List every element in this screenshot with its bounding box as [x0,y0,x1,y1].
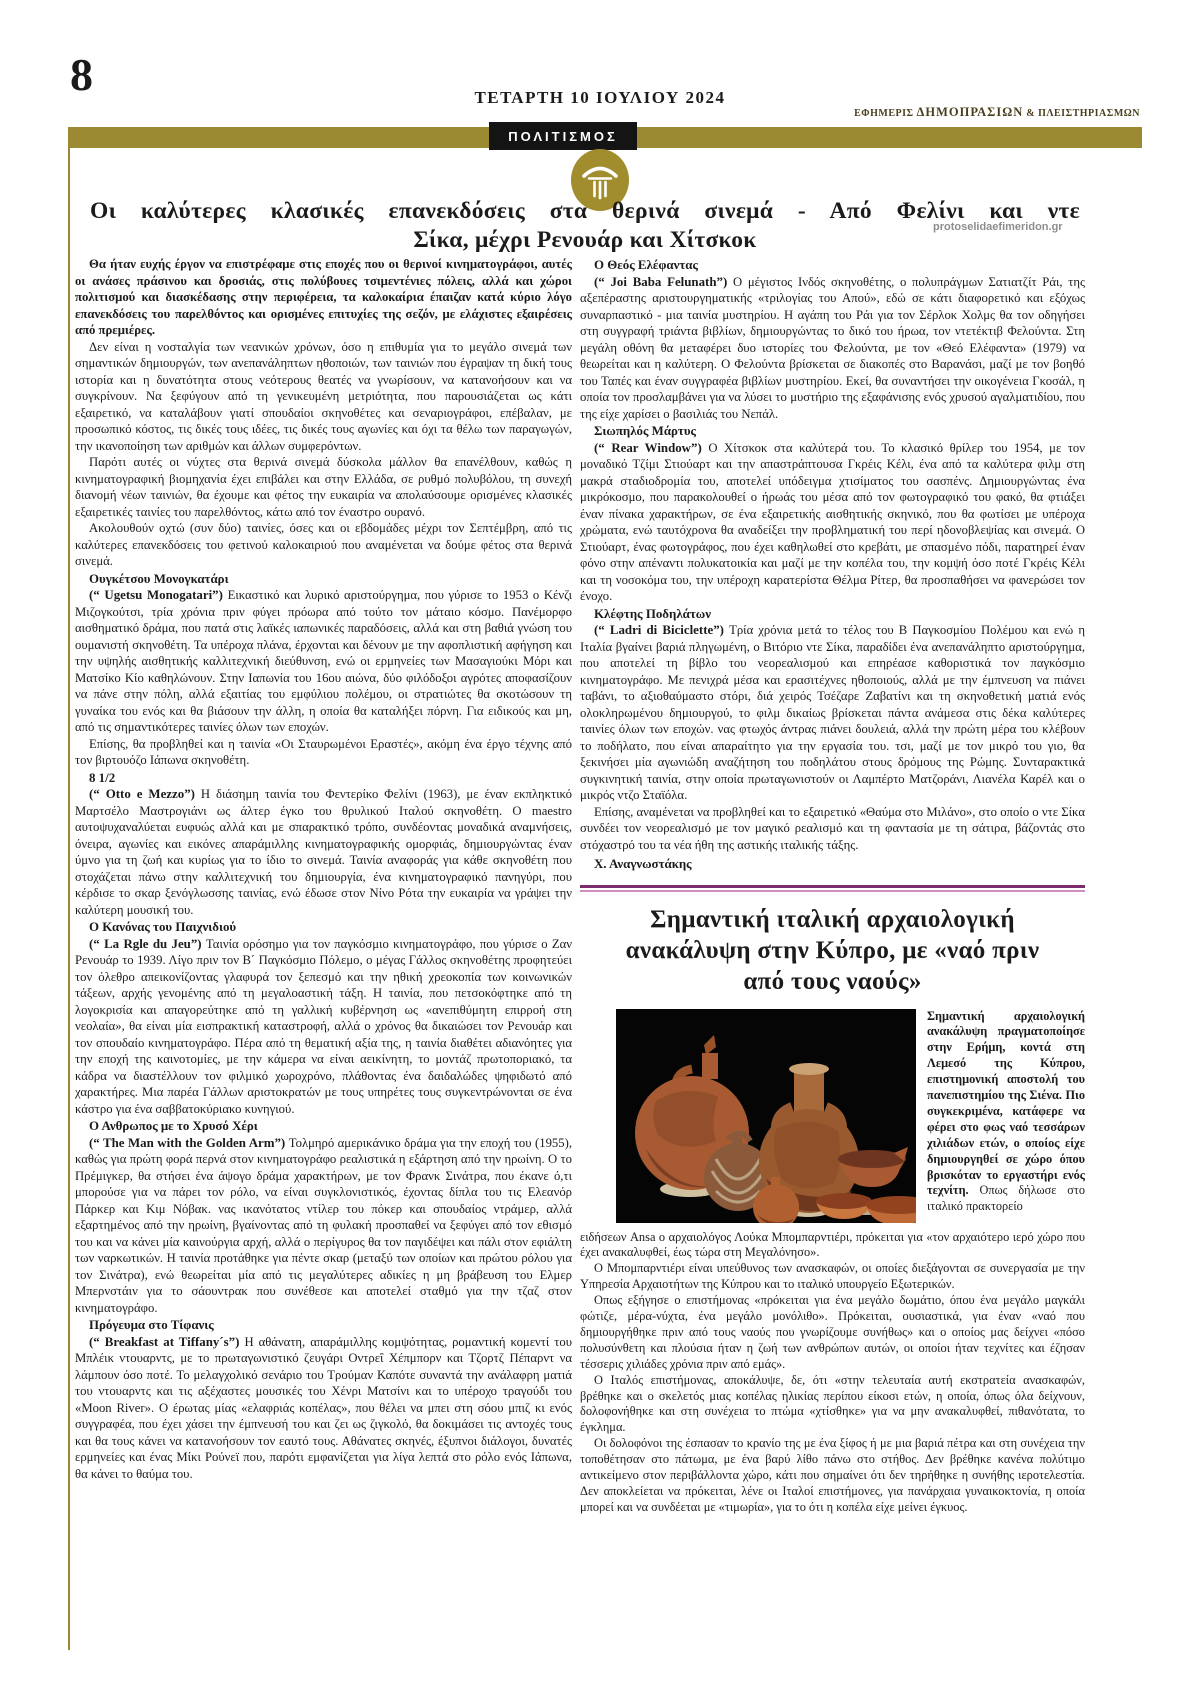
masthead-prefix: ΕΦΗΜΕΡΙΣ [854,108,913,119]
paragraph: Θα ήταν ευχής έργον να επιστρέφαμε στις … [75,256,572,339]
film-subhead: Ο Θεός Ελέφαντας [580,257,1085,274]
film-subhead: Πρόγευμα στο Τίφανις [75,1317,572,1334]
section-label: ΠΟΛΙΤΙΣΜΟΣ [489,122,637,150]
film-subhead: Ουγκέτσου Μονογκατάρι [75,571,572,588]
paragraph: Δεν είναι η νοσταλγία των νεανικών χρόνω… [75,339,572,455]
pottery-illustration [616,1009,916,1223]
paragraph: Ακολουθούν οχτώ (συν δύο) ταινίες, όσες … [75,520,572,570]
article1-right-column: Ο Θεός Ελέφαντας(“ Joi Baba Felunath”) Ο… [580,257,1085,873]
article1-title: Οι καλύτερες κλασικές επανεκδόσεις στα θ… [90,197,1080,255]
sidebar-bold-text: Σημαντική αρχαιολογική ανακάλυψη πραγματ… [927,1009,1085,1198]
article2-sidebar-text: Σημαντική αρχαιολογική ανακάλυψη πραγματ… [927,1009,1085,1223]
article-photo [616,1009,916,1223]
film-paragraph: (“ The Man with the Golden Arm”) Τολμηρό… [75,1135,572,1317]
film-paragraph: (“ La Rgle du Jeu”) Ταινία ορόσημο για τ… [75,936,572,1118]
article-columns: Θα ήταν ευχής έργον να επιστρέφαμε στις … [75,256,1085,1516]
paragraph: Επίσης, θα προβληθεί και η ταινία «Οι Στ… [75,736,572,769]
film-subhead: Ο Κανόνας του Παιχνιδιού [75,919,572,936]
masthead: ΕΦΗΜΕΡΙΣ ΔΗΜΟΠΡΑΣΙΩΝ & ΠΛΕΙΣΤΗΡΙΑΣΜΩΝ [854,105,1140,120]
article1-title-line2: Σίκα, μέχρι Ρενουάρ και Χίτσκοκ [90,226,1080,255]
article2-title-line3: από τους ναούς» [580,966,1085,997]
film-paragraph: (“ Otto e Mezzo”) Η διάσημη ταινία του Φ… [75,786,572,918]
film-subhead: Ο Ανθρωπος με το Χρυσό Χέρι [75,1118,572,1135]
film-paragraph: (“ Ugetsu Monogatari”) Εικαστικό και λυρ… [75,587,572,736]
masthead-suffix: & ΠΛΕΙΣΤΗΡΙΑΣΜΩΝ [1026,108,1140,119]
film-paragraph: (“ Breakfast at Tiffany´s”) Η αθάνατη, α… [75,1334,572,1483]
film-paragraph: (“ Joi Baba Felunath”) Ο μέγιστος Ινδός … [580,274,1085,423]
paragraph: Ο Ιταλός επιστήμονας, αποκάλυψε, δε, ότι… [580,1373,1085,1437]
paragraph: Ο Μπομπαρντιέρι είναι υπεύθυνος των ανασ… [580,1261,1085,1293]
article2-title-line1: Σημαντική ιταλική αρχαιολογική [580,904,1085,935]
paragraph: Οι δολοφόνοι της έσπασαν το κρανίο της μ… [580,1436,1085,1516]
paragraph: Παρότι αυτές οι νύχτες στα θερινά σινεμά… [75,454,572,520]
article1-left-column: Θα ήταν ευχής έργον να επιστρέφαμε στις … [75,256,572,1516]
article1-title-line1: Οι καλύτερες κλασικές επανεκδόσεις στα θ… [90,197,1080,226]
article2-paragraphs: ειδήσεων Ansa ο αρχαιολόγος Λούκα Μπομπα… [580,1230,1085,1516]
watermark-text: protoselidaefimeridon.gr [933,221,1063,233]
masthead-title: ΔΗΜΟΠΡΑΣΙΩΝ [917,105,1024,119]
paragraph: Επίσης, αναμένεται να προβληθεί και το ε… [580,804,1085,854]
film-subhead: Σιωπηλός Μάρτυς [580,423,1085,440]
left-gold-rule [68,148,70,1650]
newspaper-page: 8 ΤΕΤΑΡΤΗ 10 ΙΟΥΛΙΟΥ 2024 ΕΦΗΜΕΡΙΣ ΔΗΜΟΠ… [0,0,1200,1697]
right-column: Ο Θεός Ελέφαντας(“ Joi Baba Felunath”) Ο… [580,256,1085,1516]
paragraph: ειδήσεων Ansa ο αρχαιολόγος Λούκα Μπομπα… [580,1230,1085,1262]
article2-media-row: Σημαντική αρχαιολογική ανακάλυψη πραγματ… [616,1009,1085,1223]
byline: Χ. Αναγνωστάκης [580,856,1085,873]
film-paragraph: (“ Rear Window”) Ο Χίτσκοκ στα καλύτερά … [580,440,1085,605]
article2-title-line2: ανακάλυψη στην Κύπρο, με «ναό πριν [580,935,1085,966]
film-paragraph: (“ Ladri di Biciclette”) Τρία χρόνια μετ… [580,622,1085,804]
article-divider-rule [580,885,1085,892]
film-subhead: 8 1/2 [75,770,572,787]
film-subhead: Κλέφτης Ποδηλάτων [580,606,1085,623]
article2-title: Σημαντική ιταλική αρχαιολογική ανακάλυψη… [580,904,1085,997]
paragraph: Οπως εξήγησε ο επιστήμονας «πρόκειται γι… [580,1293,1085,1373]
